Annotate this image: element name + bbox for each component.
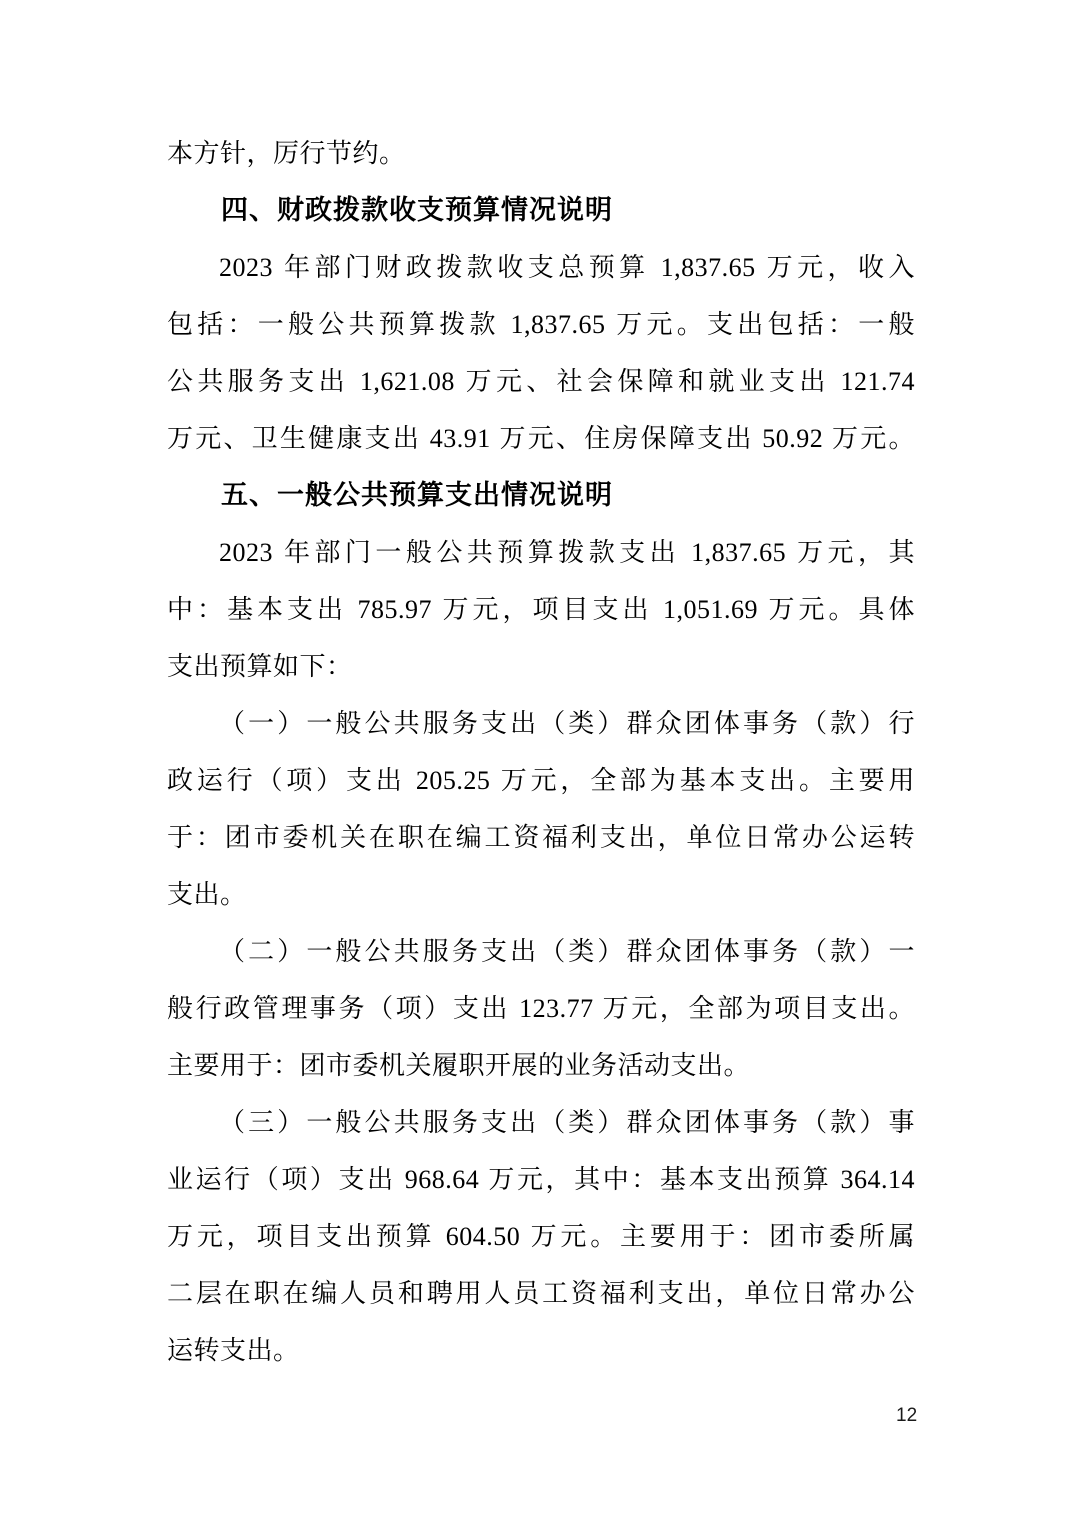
text-line: 于：团市委机关在职在编工资福利支出，单位日常办公运转 [167, 809, 915, 866]
text-line: 支出预算如下： [167, 638, 915, 695]
text-line: 2023 年部门一般公共预算拨款支出 1,837.65 万元，其 [167, 524, 915, 581]
text-line: 业运行（项）支出 968.64 万元，其中：基本支出预算 364.14 [167, 1151, 915, 1208]
text-line: 中：基本支出 785.97 万元，项目支出 1,051.69 万元。具体 [167, 581, 915, 638]
page-number: 12 [896, 1404, 917, 1428]
text-line: 万元，项目支出预算 604.50 万元。主要用于：团市委所属 [167, 1208, 915, 1265]
text-line: 般行政管理事务（项）支出 123.77 万元，全部为项目支出。 [167, 980, 915, 1037]
text-line: 本方针，厉行节约。 [167, 125, 915, 182]
document-page: 本方针，厉行节约。 四、财政拨款收支预算情况说明 2023 年部门财政拨款收支总… [0, 0, 1075, 1520]
text-line: （三）一般公共服务支出（类）群众团体事务（款）事 [167, 1094, 915, 1151]
document-content: 本方针，厉行节约。 四、财政拨款收支预算情况说明 2023 年部门财政拨款收支总… [167, 125, 915, 1379]
text-line: 支出。 [167, 866, 915, 923]
text-line: （一）一般公共服务支出（类）群众团体事务（款）行 [167, 695, 915, 752]
text-line: 运转支出。 [167, 1322, 915, 1379]
text-line: 包括：一般公共预算拨款 1,837.65 万元。支出包括：一般 [167, 296, 915, 353]
text-line: 政运行（项）支出 205.25 万元，全部为基本支出。主要用 [167, 752, 915, 809]
text-line: 公共服务支出 1,621.08 万元、社会保障和就业支出 121.74 [167, 353, 915, 410]
section-heading-4: 四、财政拨款收支预算情况说明 [167, 182, 915, 239]
text-line: 主要用于：团市委机关履职开展的业务活动支出。 [167, 1037, 915, 1094]
text-line: 万元、卫生健康支出 43.91 万元、住房保障支出 50.92 万元。 [167, 410, 915, 467]
text-line: 二层在职在编人员和聘用人员工资福利支出，单位日常办公 [167, 1265, 915, 1322]
section-heading-5: 五、一般公共预算支出情况说明 [167, 467, 915, 524]
text-line: 2023 年部门财政拨款收支总预算 1,837.65 万元，收入 [167, 239, 915, 296]
text-line: （二）一般公共服务支出（类）群众团体事务（款）一 [167, 923, 915, 980]
